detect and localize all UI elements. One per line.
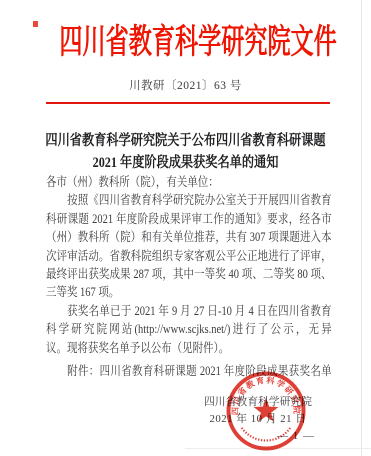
letterhead-title: 四川省教育科学研究院文件	[59, 14, 311, 63]
notice-body: 各市（州）教科所（院），有关单位： 按照《四川省教育科学研究院办公室关于开展四川…	[46, 173, 332, 380]
scan-artifact-mark	[33, 21, 38, 27]
body-line: 最终评出获奖成果 287 项，其中一等奖 40 项、二等奖 80 项、	[46, 265, 332, 283]
scanned-official-document: 四川省教育科学研究院文件 川教研〔2021〕63 号 四川省教育科学研究院关于公…	[0, 0, 371, 456]
body-line: 科研课题 2021 年度阶段成果评审工作的通知》要求，经各市	[46, 210, 332, 228]
body-line: 三等奖 167 项。	[46, 283, 332, 301]
body-line: （州）教科所（院）和有关单位推荐，共有 307 项课题进入本	[46, 228, 332, 246]
seal-bottom-microtext	[242, 428, 290, 441]
body-line: 按照《四川省教育科学研究院办公室关于开展四川省教育	[46, 191, 332, 209]
notice-title: 四川省教育科学研究院关于公布四川省教育科研课题 2021 年度阶段成果获奖名单的…	[0, 131, 371, 174]
notice-title-line2: 2021 年度阶段成果获奖名单的通知	[30, 153, 342, 175]
official-red-seal: 四川省教育科学研究院	[224, 369, 308, 453]
notice-title-line1: 四川省教育科学研究院关于公布四川省教育科研课题	[30, 131, 342, 153]
body-line-greeting: 各市（州）教科所（院），有关单位：	[46, 173, 332, 191]
red-star-icon	[254, 398, 279, 422]
red-divider-line	[46, 102, 330, 104]
document-number: 川教研〔2021〕63 号	[0, 77, 371, 93]
scan-edge-right	[361, 0, 362, 456]
body-line: 科学研究院网站(http://www.scjks.net/)进行了公示，无异	[46, 320, 332, 338]
body-line: 次评审活动。省教科院组织专家客观公平公正地进行了评审，	[46, 247, 332, 265]
body-line: 议。现将获奖名单予以公布（见附件）。	[46, 339, 332, 357]
body-line: 获奖名单已于 2021 年 9 月 27 日-10 月 4 日在四川省教育	[46, 302, 332, 320]
